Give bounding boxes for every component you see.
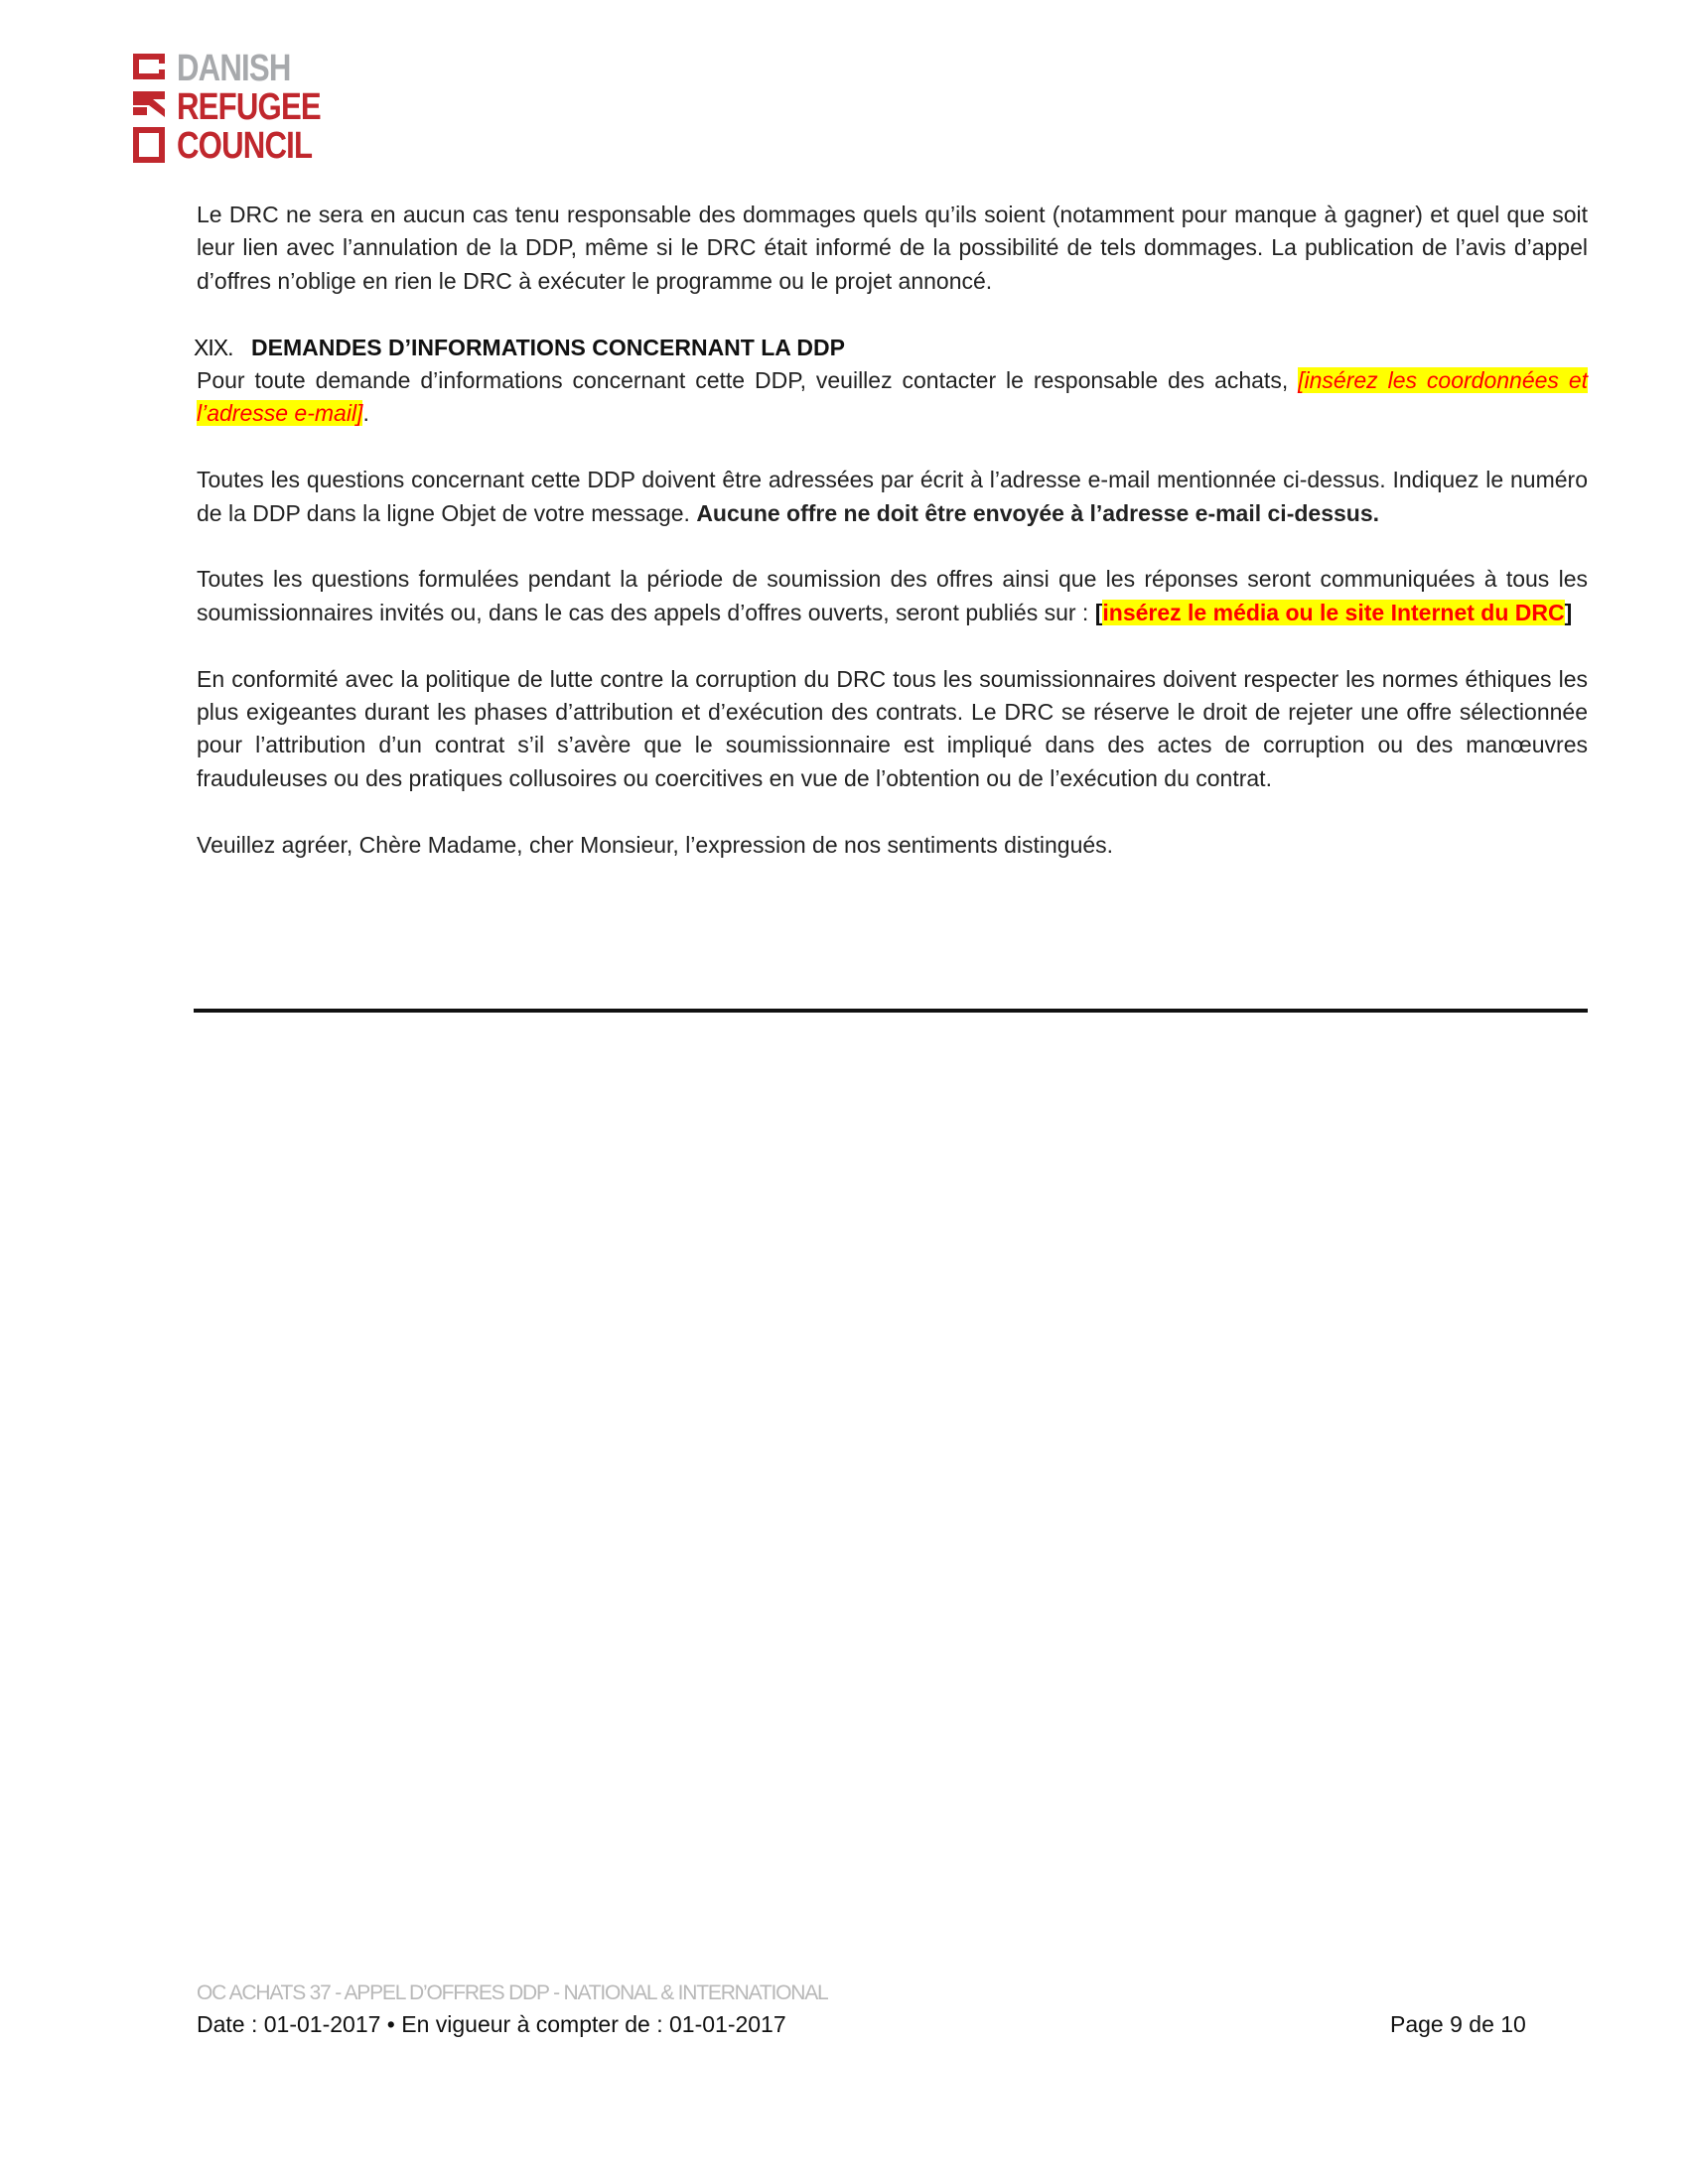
section-number: XIX.: [194, 332, 251, 364]
document-body: Le DRC ne sera en aucun cas tenu respons…: [197, 199, 1588, 862]
logo-line-council: COUNCIL: [177, 127, 321, 166]
paragraph-closing: Veuillez agréer, Chère Madame, cher Mons…: [197, 829, 1588, 862]
footer-page-number: Page 9 de 10: [1390, 2011, 1526, 2038]
publication-placeholder: insérez le média ou le site Internet du …: [1102, 600, 1564, 625]
paragraph-anticorruption: En conformité avec la politique de lutte…: [197, 663, 1588, 796]
drc-logo: DANISH REFUGEE COUNCIL: [129, 50, 338, 169]
contact-suffix: .: [362, 400, 368, 426]
questions-warning: Aucune offre ne doit être envoyée à l’ad…: [696, 500, 1379, 526]
footer-document-reference: OC ACHATS 37 - APPEL D’OFFRES DDP - NATI…: [197, 1981, 828, 2005]
paragraph-contact: Pour toute demande d’informations concer…: [197, 364, 1588, 431]
horizontal-rule: [194, 1009, 1588, 1013]
section-title: DEMANDES D’INFORMATIONS CONCERNANT LA DD…: [251, 335, 845, 360]
logo-line-refugee: REFUGEE: [177, 88, 321, 127]
paragraph-questions: Toutes les questions concernant cette DD…: [197, 464, 1588, 530]
publication-bracket-close: ]: [1565, 600, 1573, 625]
paragraph-publication: Toutes les questions formulées pendant l…: [197, 563, 1588, 629]
drc-logo-wordmark: DANISH REFUGEE COUNCIL: [177, 50, 321, 166]
drc-logo-mark-icon: [129, 50, 169, 167]
section-heading: XIX.DEMANDES D’INFORMATIONS CONCERNANT L…: [197, 332, 1588, 364]
contact-text: Pour toute demande d’informations concer…: [197, 367, 1298, 393]
paragraph-liability: Le DRC ne sera en aucun cas tenu respons…: [197, 199, 1588, 298]
logo-line-danish: DANISH: [177, 50, 321, 88]
footer-date-line: Date : 01-01-2017 • En vigueur à compter…: [197, 2011, 786, 2038]
